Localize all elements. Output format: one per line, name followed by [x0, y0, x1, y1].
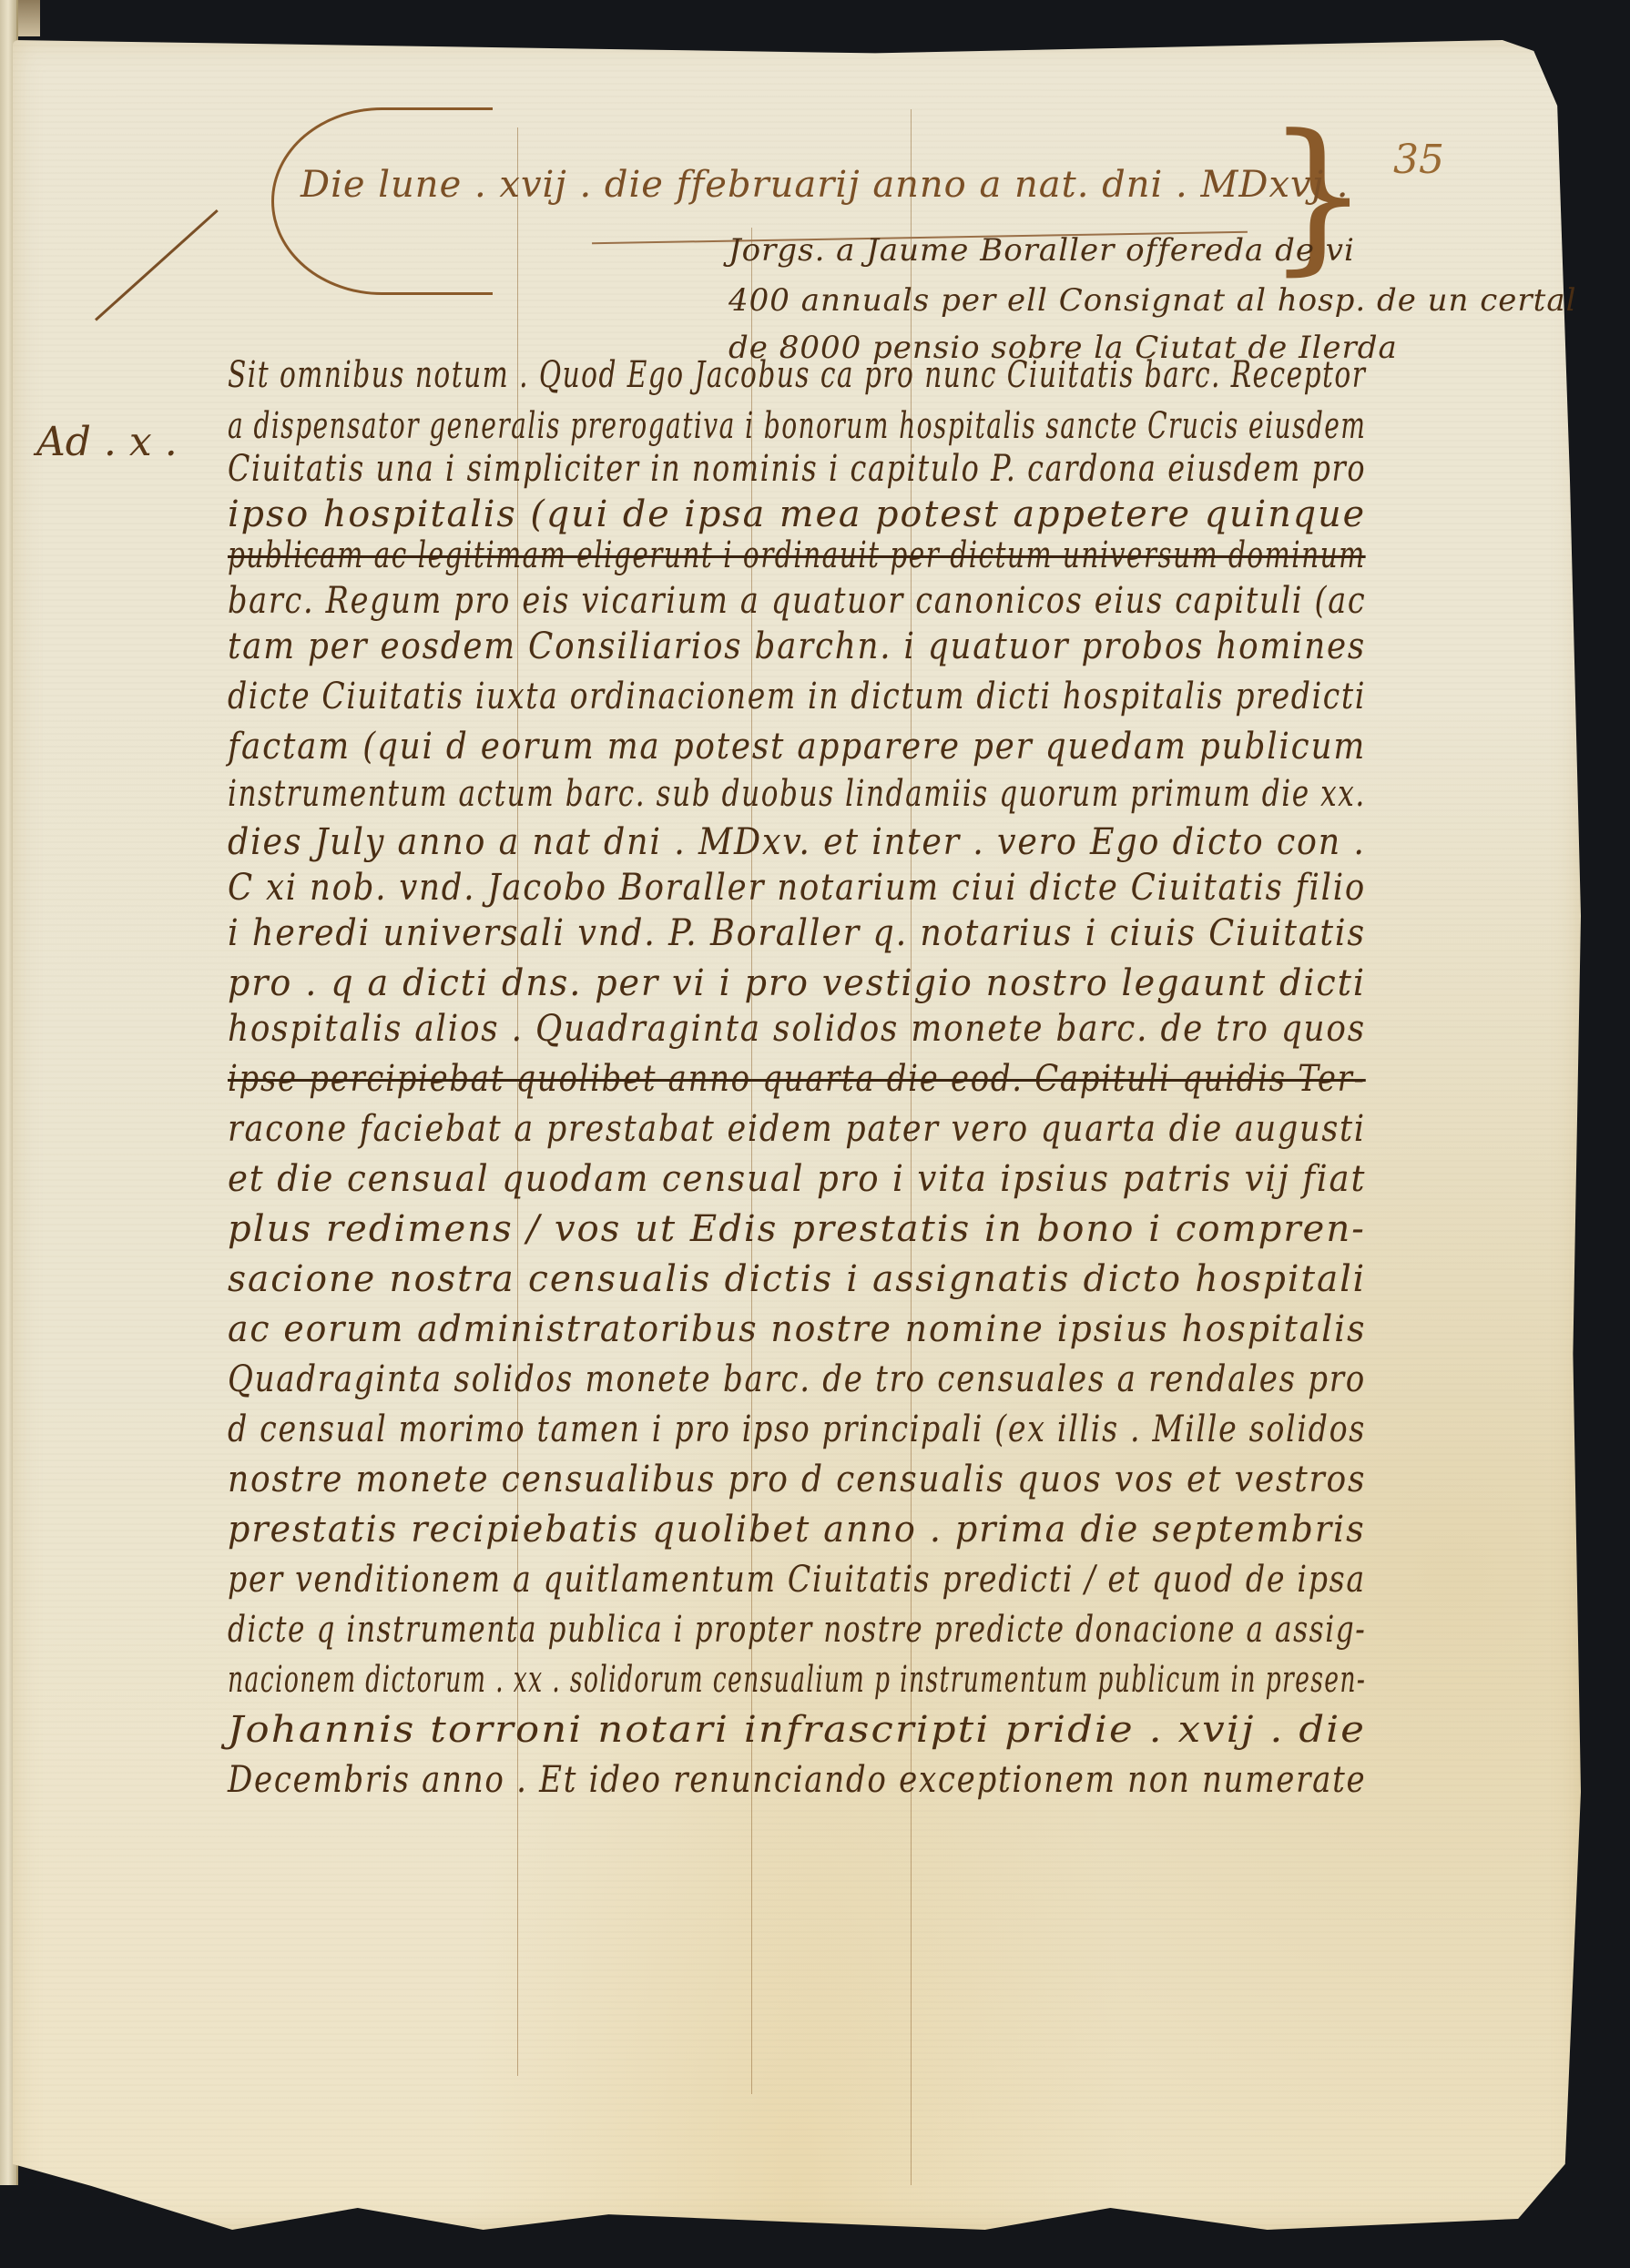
body-line: per venditionem a quitlamentum Ciuitatis… [228, 1561, 1366, 1598]
body-line: Johannis torroni notari infrascripti pri… [228, 1712, 1366, 1748]
body-line: instrumentum actum barc. sub duobus lind… [228, 776, 1366, 812]
body-line: ipse percipiebat quolibet anno quarta di… [228, 1061, 1366, 1097]
body-line: Decembris anno . Et ideo renunciando exc… [228, 1762, 1366, 1798]
body-line: Sit omnibus notum . Quod Ego Jacobus ca … [228, 357, 1366, 393]
body-line: factam (qui d eorum ma potest apparere p… [228, 728, 1366, 765]
heading-note-line: 400 annuals per ell Consignat al hosp. d… [728, 282, 1576, 319]
body-line: i heredi universali vnd. P. Boraller q. … [228, 915, 1366, 951]
body-line: Quadraginta solidos monete barc. de tro … [228, 1361, 1366, 1398]
body-line: nacionem dictorum . xx . solidorum censu… [228, 1662, 1366, 1698]
body-line: racone faciebat a prestabat eidem pater … [228, 1111, 1366, 1147]
body-line: publicam ac legitimam eligerunt i ordina… [228, 537, 1366, 574]
body-line: Ciuitatis una i simpliciter in nominis i… [228, 451, 1366, 487]
body-line: sacione nostra censualis dictis i assign… [228, 1261, 1366, 1297]
folio-number: 35 [1393, 137, 1444, 183]
body-line: d censual morimo tamen i pro ipso princi… [228, 1411, 1366, 1448]
body-line: pro . q a dicti dns. per vi i pro vestig… [228, 965, 1366, 1002]
body-line: ipso hospitalis (qui de ipsa mea potest … [228, 496, 1366, 533]
body-line: plus redimens / vos ut Edis prestatis in… [228, 1211, 1366, 1247]
heading-date-line: Die lune . xvij . die ffebruarij anno a … [301, 164, 1349, 206]
body-line: a dispensator generalis prerogativa i bo… [228, 408, 1366, 444]
body-line: dies July anno a nat dni . MDxv. et inte… [228, 824, 1366, 860]
heading-note-line: Jorgs. a Jaume Boraller offereda de vi [728, 232, 1355, 269]
body-line: barc. Regum pro eis vicarium a quatuor c… [228, 583, 1366, 619]
body-line: C xi nob. vnd. Jacobo Boraller notarium … [228, 870, 1366, 906]
body-line: dicte Ciuitatis iuxta ordinacionem in di… [228, 678, 1366, 715]
body-line: tam per eosdem Consiliarios barchn. i qu… [228, 628, 1366, 665]
margin-note: Ad . x . [36, 419, 178, 465]
body-line: prestatis recipiebatis quolibet anno . p… [228, 1511, 1366, 1548]
body-line: ac eorum administratoribus nostre nomine… [228, 1311, 1366, 1348]
body-line: et die censual quodam censual pro i vita… [228, 1161, 1366, 1197]
body-line: dicte q instrumenta publica i propter no… [228, 1612, 1366, 1648]
body-line: nostre monete censualibus pro d censuali… [228, 1461, 1366, 1498]
body-line: hospitalis alios . Quadraginta solidos m… [228, 1011, 1366, 1047]
